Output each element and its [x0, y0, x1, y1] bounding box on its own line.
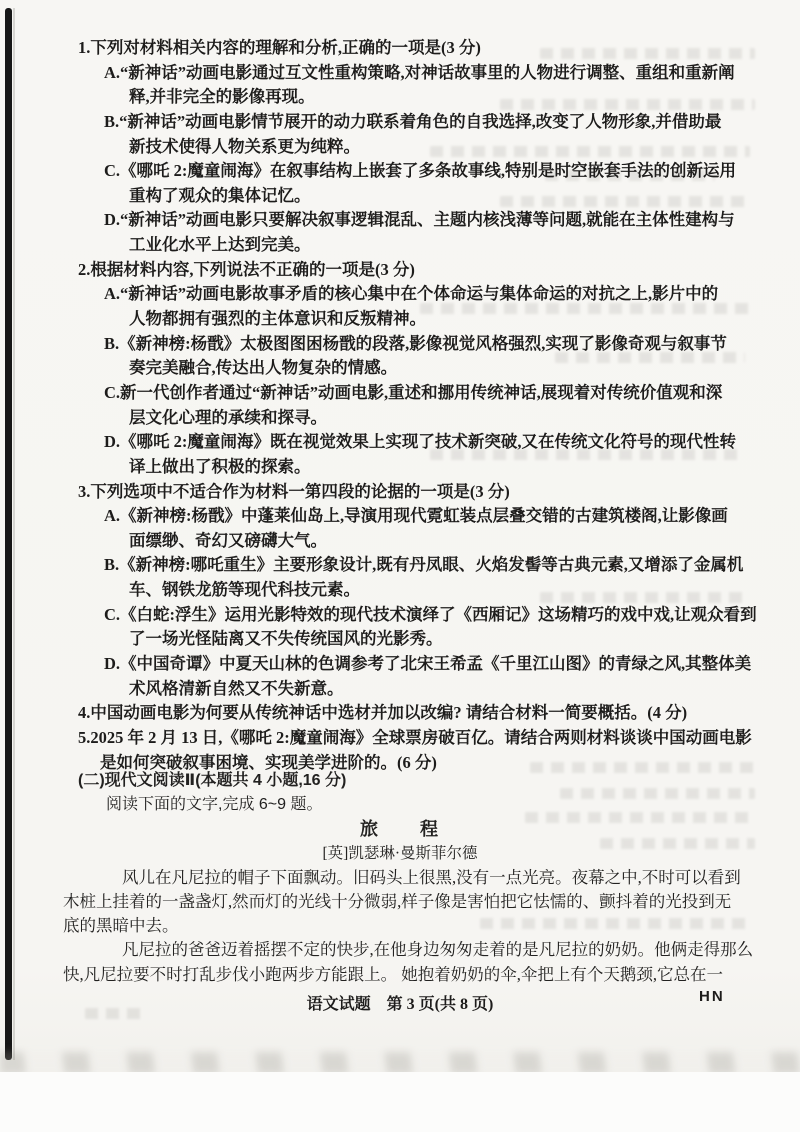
question-2-option-b: B.《新神榜:杨戬》太极图图困杨戬的段落,影像视觉风格强烈,实现了影像奇观与叙事… — [0, 332, 800, 357]
scanned-exam-page: 1.下列对材料相关内容的理解和分析,正确的一项是(3 分) A.“新神话”动画电… — [0, 0, 800, 1132]
question-2-stem: 2.根据材料内容,下列说法不正确的一项是(3 分) — [0, 258, 800, 283]
section-instruction: 阅读下面的文字,完成 6~9 题。 — [0, 793, 800, 817]
question-1-option-a-cont: 释,并非完全的影像再现。 — [0, 85, 800, 110]
question-2-option-d: D.《哪吒 2:魔童闹海》既在视觉效果上实现了技术新突破,又在传统文化符号的现代… — [0, 430, 800, 455]
question-3-option-a: A.《新神榜:杨戬》中蓬莱仙岛上,导演用现代霓虹装点层叠交错的古建筑楼阁,让影像… — [0, 504, 800, 529]
question-3-option-c-cont: 了一场光怪陆离又不失传统国风的光影秀。 — [0, 627, 800, 652]
question-1-option-b: B.“新神话”动画电影情节展开的动力联系着角色的自我选择,改变了人物形象,并借助… — [0, 110, 800, 135]
question-1-stem: 1.下列对材料相关内容的理解和分析,正确的一项是(3 分) — [0, 36, 800, 61]
scan-bottom-edge — [0, 1052, 800, 1074]
passage-p1-line3: 底的黑暗中去。 — [0, 914, 800, 938]
question-4-stem: 4.中国动画电影为何要从传统神话中选材并加以改编? 请结合材料一简要概括。(4 … — [0, 701, 800, 726]
choice-questions-block: 1.下列对材料相关内容的理解和分析,正确的一项是(3 分) A.“新神话”动画电… — [0, 36, 800, 775]
question-2-option-c-cont: 层文化心理的承续和探寻。 — [0, 406, 800, 431]
question-1-option-d: D.“新神话”动画电影只要解决叙事逻辑混乱、主题内核浅薄等问题,就能在主体性建构… — [0, 208, 800, 233]
question-3-option-c: C.《白蛇:浮生》运用光影特效的现代技术演绎了《西厢记》这场精巧的戏中戏,让观众… — [0, 603, 800, 628]
passage-title: 旅 程 — [0, 817, 800, 841]
question-5-stem: 5.2025 年 2 月 13 日,《哪吒 2:魔童闹海》全球票房破百亿。请结合… — [0, 726, 800, 751]
scanner-background — [0, 1072, 800, 1132]
page-footer: 语文试题第 3 页(共 8 页) — [0, 991, 800, 1014]
passage-p2-line1: 凡尼拉的爸爸迈着摇摆不定的快步,在他身边匆匆走着的是凡尼拉的奶奶。他俩走得那么 — [0, 938, 800, 962]
question-3-option-d-cont: 术风格清新自然又不失新意。 — [0, 677, 800, 702]
passage-p2-line2: 快,凡尼拉要不时打乱步伐小跑两步方能跟上。 她抱着奶奶的伞,伞把上有个天鹅颈,它… — [0, 963, 800, 987]
question-2-option-c: C.新一代创作者通过“新神话”动画电影,重述和挪用传统神话,展现着对传统价值观和… — [0, 381, 800, 406]
question-3-option-d: D.《中国奇谭》中夏天山林的色调参考了北宋王希孟《千里江山图》的青绿之风,其整体… — [0, 652, 800, 677]
question-2-option-d-cont: 译上做出了积极的探索。 — [0, 455, 800, 480]
reading-passage-block: (二)现代文阅读Ⅱ(本题共 4 小题,16 分) 阅读下面的文字,完成 6~9 … — [0, 769, 800, 987]
paper-sheet: 1.下列对材料相关内容的理解和分析,正确的一项是(3 分) A.“新神话”动画电… — [0, 0, 800, 1072]
question-1-option-a: A.“新神话”动画电影通过互文性重构策略,对神话故事里的人物进行调整、重组和重新… — [0, 61, 800, 86]
question-1-option-b-cont: 新技术使得人物关系更为纯粹。 — [0, 135, 800, 160]
question-2-option-a: A.“新神话”动画电影故事矛盾的核心集中在个体命运与集体命运的对抗之上,影片中的 — [0, 282, 800, 307]
passage-author: [英]凯瑟琳·曼斯菲尔德 — [0, 842, 800, 866]
question-1-option-c-cont: 重构了观众的集体记忆。 — [0, 184, 800, 209]
section-header: (二)现代文阅读Ⅱ(本题共 4 小题,16 分) — [0, 769, 800, 793]
footer-page-number: 第 3 页(共 8 页) — [387, 996, 494, 1013]
question-1-option-d-cont: 工业化水平上达到完美。 — [0, 233, 800, 258]
passage-p1-line1: 风儿在凡尼拉的帽子下面飘动。旧码头上很黑,没有一点光亮。夜幕之中,不时可以看到 — [0, 866, 800, 890]
footer-code: HN — [699, 988, 725, 1005]
footer-exam-title: 语文试题 — [307, 996, 371, 1013]
question-3-stem: 3.下列选项中不适合作为材料一第四段的论据的一项是(3 分) — [0, 480, 800, 505]
question-3-option-b-cont: 车、钢铁龙筋等现代科技元素。 — [0, 578, 800, 603]
question-3-option-b: B.《新神榜:哪吒重生》主要形象设计,既有丹凤眼、火焰发髻等古典元素,又增添了金… — [0, 553, 800, 578]
question-1-option-c: C.《哪吒 2:魔童闹海》在叙事结构上嵌套了多条故事线,特别是时空嵌套手法的创新… — [0, 159, 800, 184]
question-3-option-a-cont: 面缥缈、奇幻又磅礴大气。 — [0, 529, 800, 554]
passage-p1-line2: 木桩上挂着的一盏盏灯,然而灯的光线十分微弱,样子像是害怕把它怯懦的、颤抖着的光投… — [0, 890, 800, 914]
question-2-option-a-cont: 人物都拥有强烈的主体意识和反叛精神。 — [0, 307, 800, 332]
question-2-option-b-cont: 奏完美融合,传达出人物复杂的情感。 — [0, 356, 800, 381]
